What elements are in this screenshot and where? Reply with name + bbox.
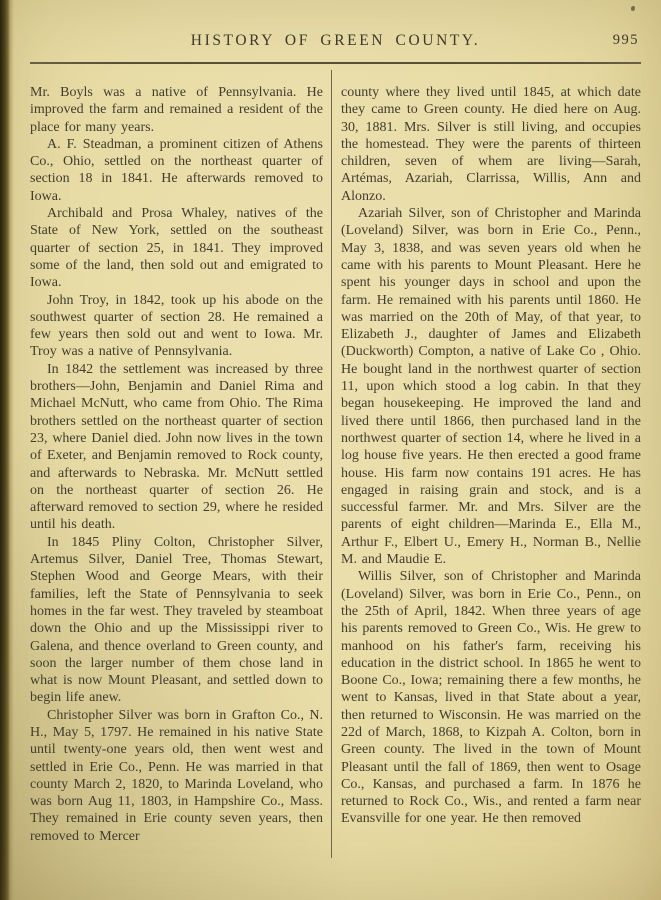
paragraph: Christopher Silver was born in Grafton C… (30, 707, 323, 845)
book-page: HISTORY OF GREEN COUNTY. 995 Mr. Boyls w… (0, 0, 661, 900)
book-binding-edge (0, 0, 14, 900)
paragraph: In 1845 Pliny Colton, Christopher Silver… (30, 534, 323, 707)
right-column: county where they lived until 1845, at w… (341, 84, 641, 870)
paragraph: In 1842 the settlement was increased by … (30, 361, 323, 534)
page-title: HISTORY OF GREEN COUNTY. (30, 32, 641, 50)
paragraph: John Troy, in 1842, took up his abode on… (30, 292, 323, 361)
running-head: HISTORY OF GREEN COUNTY. 995 (30, 30, 641, 54)
paragraph: A. F. Steadman, a prominent citizen of A… (30, 136, 323, 205)
paragraph: Azariah Silver, son of Christopher and M… (341, 205, 641, 568)
paragraph: Archibald and Prosa Whaley, natives of t… (30, 205, 323, 291)
scan-speck (631, 6, 635, 11)
header-rule (30, 62, 641, 64)
paragraph: county where they lived until 1845, at w… (341, 84, 641, 205)
page-number: 995 (613, 32, 639, 49)
left-column: Mr. Boyls was a native of Pennsylvania. … (30, 84, 323, 870)
column-divider-rule (331, 70, 332, 858)
paragraph: Mr. Boyls was a native of Pennsylvania. … (30, 84, 323, 136)
paragraph: Willis Silver, son of Christopher and Ma… (341, 568, 641, 827)
